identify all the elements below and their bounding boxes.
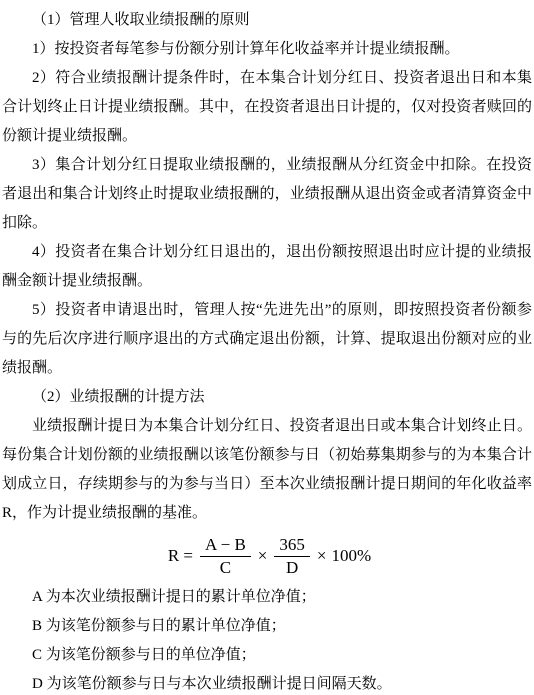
section-2-intro: 业绩报酬计提日为本集合计划分红日、投资者退出日或本集合计划终止日。每份集合计划份… xyxy=(2,412,532,528)
section-1-item-1: 1）按投资者每笔参与份额分别计算年化收益率并计提业绩报酬。 xyxy=(2,35,532,64)
definition-variable-b: B 为该笔份额参与日的累计单位净值； xyxy=(2,612,532,641)
definition-variable-d: D 为该笔份额参与日与本次业绩报酬计提日间隔天数。 xyxy=(2,670,532,695)
formula-fraction-1: A − B C xyxy=(200,535,251,577)
section-2-heading: （2）业绩报酬的计提方法 xyxy=(2,383,532,412)
section-1-item-5: 5）投资者申请退出时，管理人按“先进先出”的原则，即按照投资者份额参与的先后次序… xyxy=(2,296,532,383)
formula-lhs: R = xyxy=(168,546,193,566)
formula-multiply-2: × xyxy=(317,546,327,566)
document-page: { "doc": { "section1": { "heading": "（1）… xyxy=(0,0,534,695)
annualized-return-formula: R = A − B C × 365 D × 100% xyxy=(2,531,532,581)
section-1-item-2: 2）符合业绩报酬计提条件时，在本集合计划分红日、投资者退出日和本集合计划终止日计… xyxy=(2,64,532,151)
formula-fraction-2-denominator: D xyxy=(286,557,298,578)
definition-variable-c: C 为该笔份额参与日的单位净值； xyxy=(2,641,532,670)
definition-variable-a: A 为本次业绩报酬计提日的累计单位净值； xyxy=(2,583,532,612)
formula-percentage: 100% xyxy=(331,546,371,566)
section-1-item-4: 4）投资者在集合计划分红日退出的，退出份额按照退出时应计提的业绩报酬金额计提业绩… xyxy=(2,238,532,296)
formula-multiply-1: × xyxy=(258,546,268,566)
formula-fraction-1-denominator: C xyxy=(220,557,231,578)
formula-fraction-1-numerator: A − B xyxy=(200,535,251,557)
document-body: （1）管理人收取业绩报酬的原则 1）按投资者每笔参与份额分别计算年化收益率并计提… xyxy=(2,6,532,695)
formula-fraction-2: 365 D xyxy=(274,535,310,577)
section-1-heading: （1）管理人收取业绩报酬的原则 xyxy=(2,6,532,35)
formula-fraction-2-numerator: 365 xyxy=(274,535,310,557)
section-1-item-3: 3）集合计划分红日提取业绩报酬的，业绩报酬从分红资金中扣除。在投资者退出和集合计… xyxy=(2,151,532,238)
